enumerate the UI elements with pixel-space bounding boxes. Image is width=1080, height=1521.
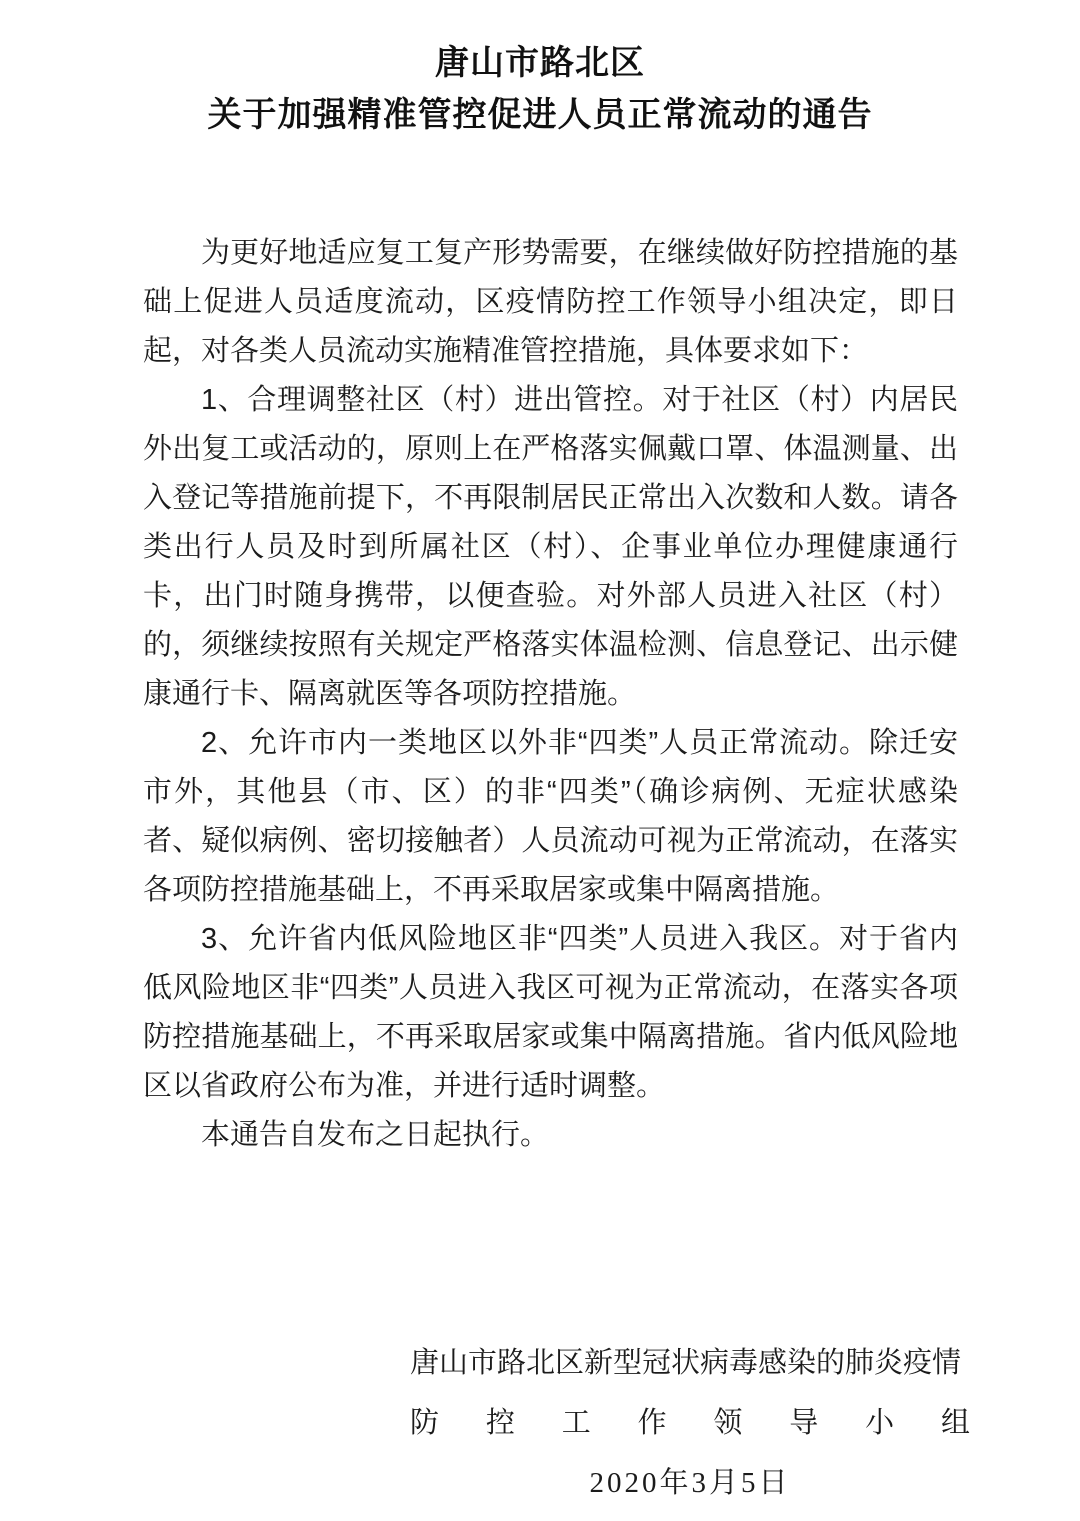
body-paragraph-closing: 本通告自发布之日起执行。 bbox=[143, 1111, 958, 1160]
body-paragraph-item-1: 1、合理调整社区（村）进出管控。对于社区（村）内居民外出复工或活动的，原则上在严… bbox=[143, 376, 958, 719]
document-title: 唐山市路北区 bbox=[0, 38, 1080, 90]
document-body: 为更好地适应复工复产形势需要，在继续做好防控措施的基础上促进人员适度流动，区疫情… bbox=[143, 229, 958, 1160]
signature-org-line2: 防控工作领导小组 bbox=[410, 1393, 970, 1453]
body-paragraph-item-3: 3、允许省内低风险地区非“四类”人员进入我区。对于省内低风险地区非“四类”人员进… bbox=[143, 915, 958, 1111]
body-paragraph-item-2: 2、允许市内一类地区以外非“四类”人员正常流动。除迁安市外，其他县（市、区）的非… bbox=[143, 719, 958, 915]
document-title-block: 唐山市路北区 关于加强精准管控促进人员正常流动的通告 bbox=[0, 38, 1080, 142]
body-paragraph-intro: 为更好地适应复工复产形势需要，在继续做好防控措施的基础上促进人员适度流动，区疫情… bbox=[143, 229, 958, 376]
signature-block: 唐山市路北区新型冠状病毒感染的肺炎疫情 防控工作领导小组 2020年3月5日 bbox=[410, 1333, 970, 1513]
signature-org-line1: 唐山市路北区新型冠状病毒感染的肺炎疫情 bbox=[410, 1333, 970, 1393]
document-subtitle: 关于加强精准管控促进人员正常流动的通告 bbox=[0, 90, 1080, 142]
document-page: 唐山市路北区 关于加强精准管控促进人员正常流动的通告 为更好地适应复工复产形势需… bbox=[0, 0, 1080, 1521]
signature-date: 2020年3月5日 bbox=[410, 1453, 970, 1513]
